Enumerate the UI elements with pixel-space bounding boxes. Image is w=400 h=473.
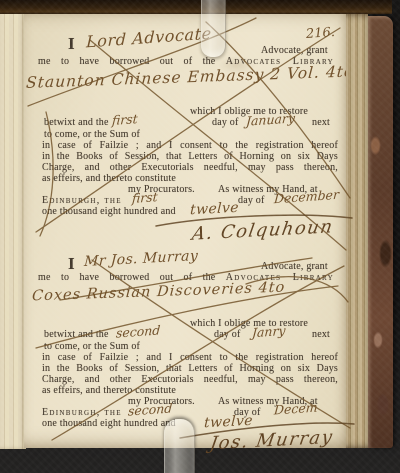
entry2-effeirs-line: as effeirs, and thereto constitute (42, 385, 176, 396)
entry1-next-label: next (312, 117, 330, 128)
entry2-return-day: second (116, 322, 161, 340)
ledger-page: 216. I Lord Advocate Advocate, grant me … (24, 12, 346, 448)
entry2-dayof-label: day of (214, 329, 240, 340)
entry2-charge-line: Charge, and other Executorials needful, … (42, 374, 338, 385)
entry1-return-day: first (112, 111, 139, 128)
page-weight-strip-top (201, 0, 226, 57)
entry2-year-line: one thousand eight hundred and (42, 418, 176, 429)
entry1-edinburgh-label: Edinburgh, the (42, 195, 122, 206)
book-fore-edge-pages (346, 14, 368, 448)
entry2-grant-text: Advocate, grant (261, 261, 328, 272)
entry1-borrower-name: Lord Advocate (86, 24, 212, 52)
entry1-betwixt-label: betwixt and the (44, 117, 109, 128)
entry2-betwixt-label: betwixt and the (44, 329, 109, 340)
book-marbled-cover (368, 16, 393, 448)
entry1-sum-line: to come, or the Sum of (44, 129, 140, 140)
entry1-books-line: in the Books of Session, that Letters of… (42, 151, 338, 162)
entry2-books-line: in the Books of Session, that Letters of… (42, 363, 338, 374)
entry1-signed-month: December (274, 187, 340, 207)
entry1-grant-text: Advocate, grant (261, 45, 328, 56)
entry2-signed-day: second (128, 400, 173, 418)
entry1-signed-year: twelve (190, 200, 240, 219)
book-left-page-edges (0, 9, 26, 449)
entry1-dayof2-label: day of (238, 195, 264, 206)
entry2-edinburgh-label: Edinburgh, the (42, 407, 122, 418)
entry2-oblige-line: which I oblige me to restore (190, 318, 308, 329)
book-top-edge (0, 0, 392, 14)
entry1-charge-line: Charge, and other Executorials needful, … (42, 162, 338, 173)
borrow-entry-1: I Lord Advocate Advocate, grant me to ha… (24, 30, 346, 256)
photographed-ledger-page: 216. I Lord Advocate Advocate, grant me … (0, 0, 400, 473)
entry2-printed-initial: I (68, 256, 75, 271)
entry1-failzie-line: in case of Failzie ; and I consent to th… (42, 140, 338, 151)
entry1-borrow-line-text: me to have borrowed out of the (38, 56, 215, 67)
page-weight-strip-bottom (164, 419, 195, 473)
entry2-signed-year: twelve (204, 413, 254, 432)
entry2-sum-line: to come, or the Sum of (44, 341, 140, 352)
entry2-book-title: Coxes Russian Discoveries 4to (32, 280, 286, 305)
entry2-signed-month: Decem (274, 399, 319, 417)
entry1-printed-initial: I (68, 36, 75, 51)
entry2-return-month: Janry (252, 323, 287, 340)
entry1-effeirs-line: as effeirs, and thereto constitute (42, 173, 176, 184)
entry1-signed-day: first (132, 189, 159, 206)
entry1-return-month: January (246, 110, 296, 129)
entry2-borrow-line: me to have borrowed out of the Advocates… (38, 272, 334, 283)
entry1-dayof-label: day of (212, 117, 238, 128)
entry2-borrow-line-text: me to have borrowed out of the (38, 272, 215, 283)
entry2-borrower-name: Mr Jos. Murray (84, 248, 199, 270)
entry2-next-label: next (312, 329, 330, 340)
entry1-signature: A. Colquhoun (190, 216, 335, 245)
entry1-year-line: one thousand eight hundred and (42, 206, 176, 217)
entry2-failzie-line: in case of Failzie ; and I consent to th… (42, 352, 338, 363)
entry2-signature: Jos. Murray (208, 427, 335, 455)
